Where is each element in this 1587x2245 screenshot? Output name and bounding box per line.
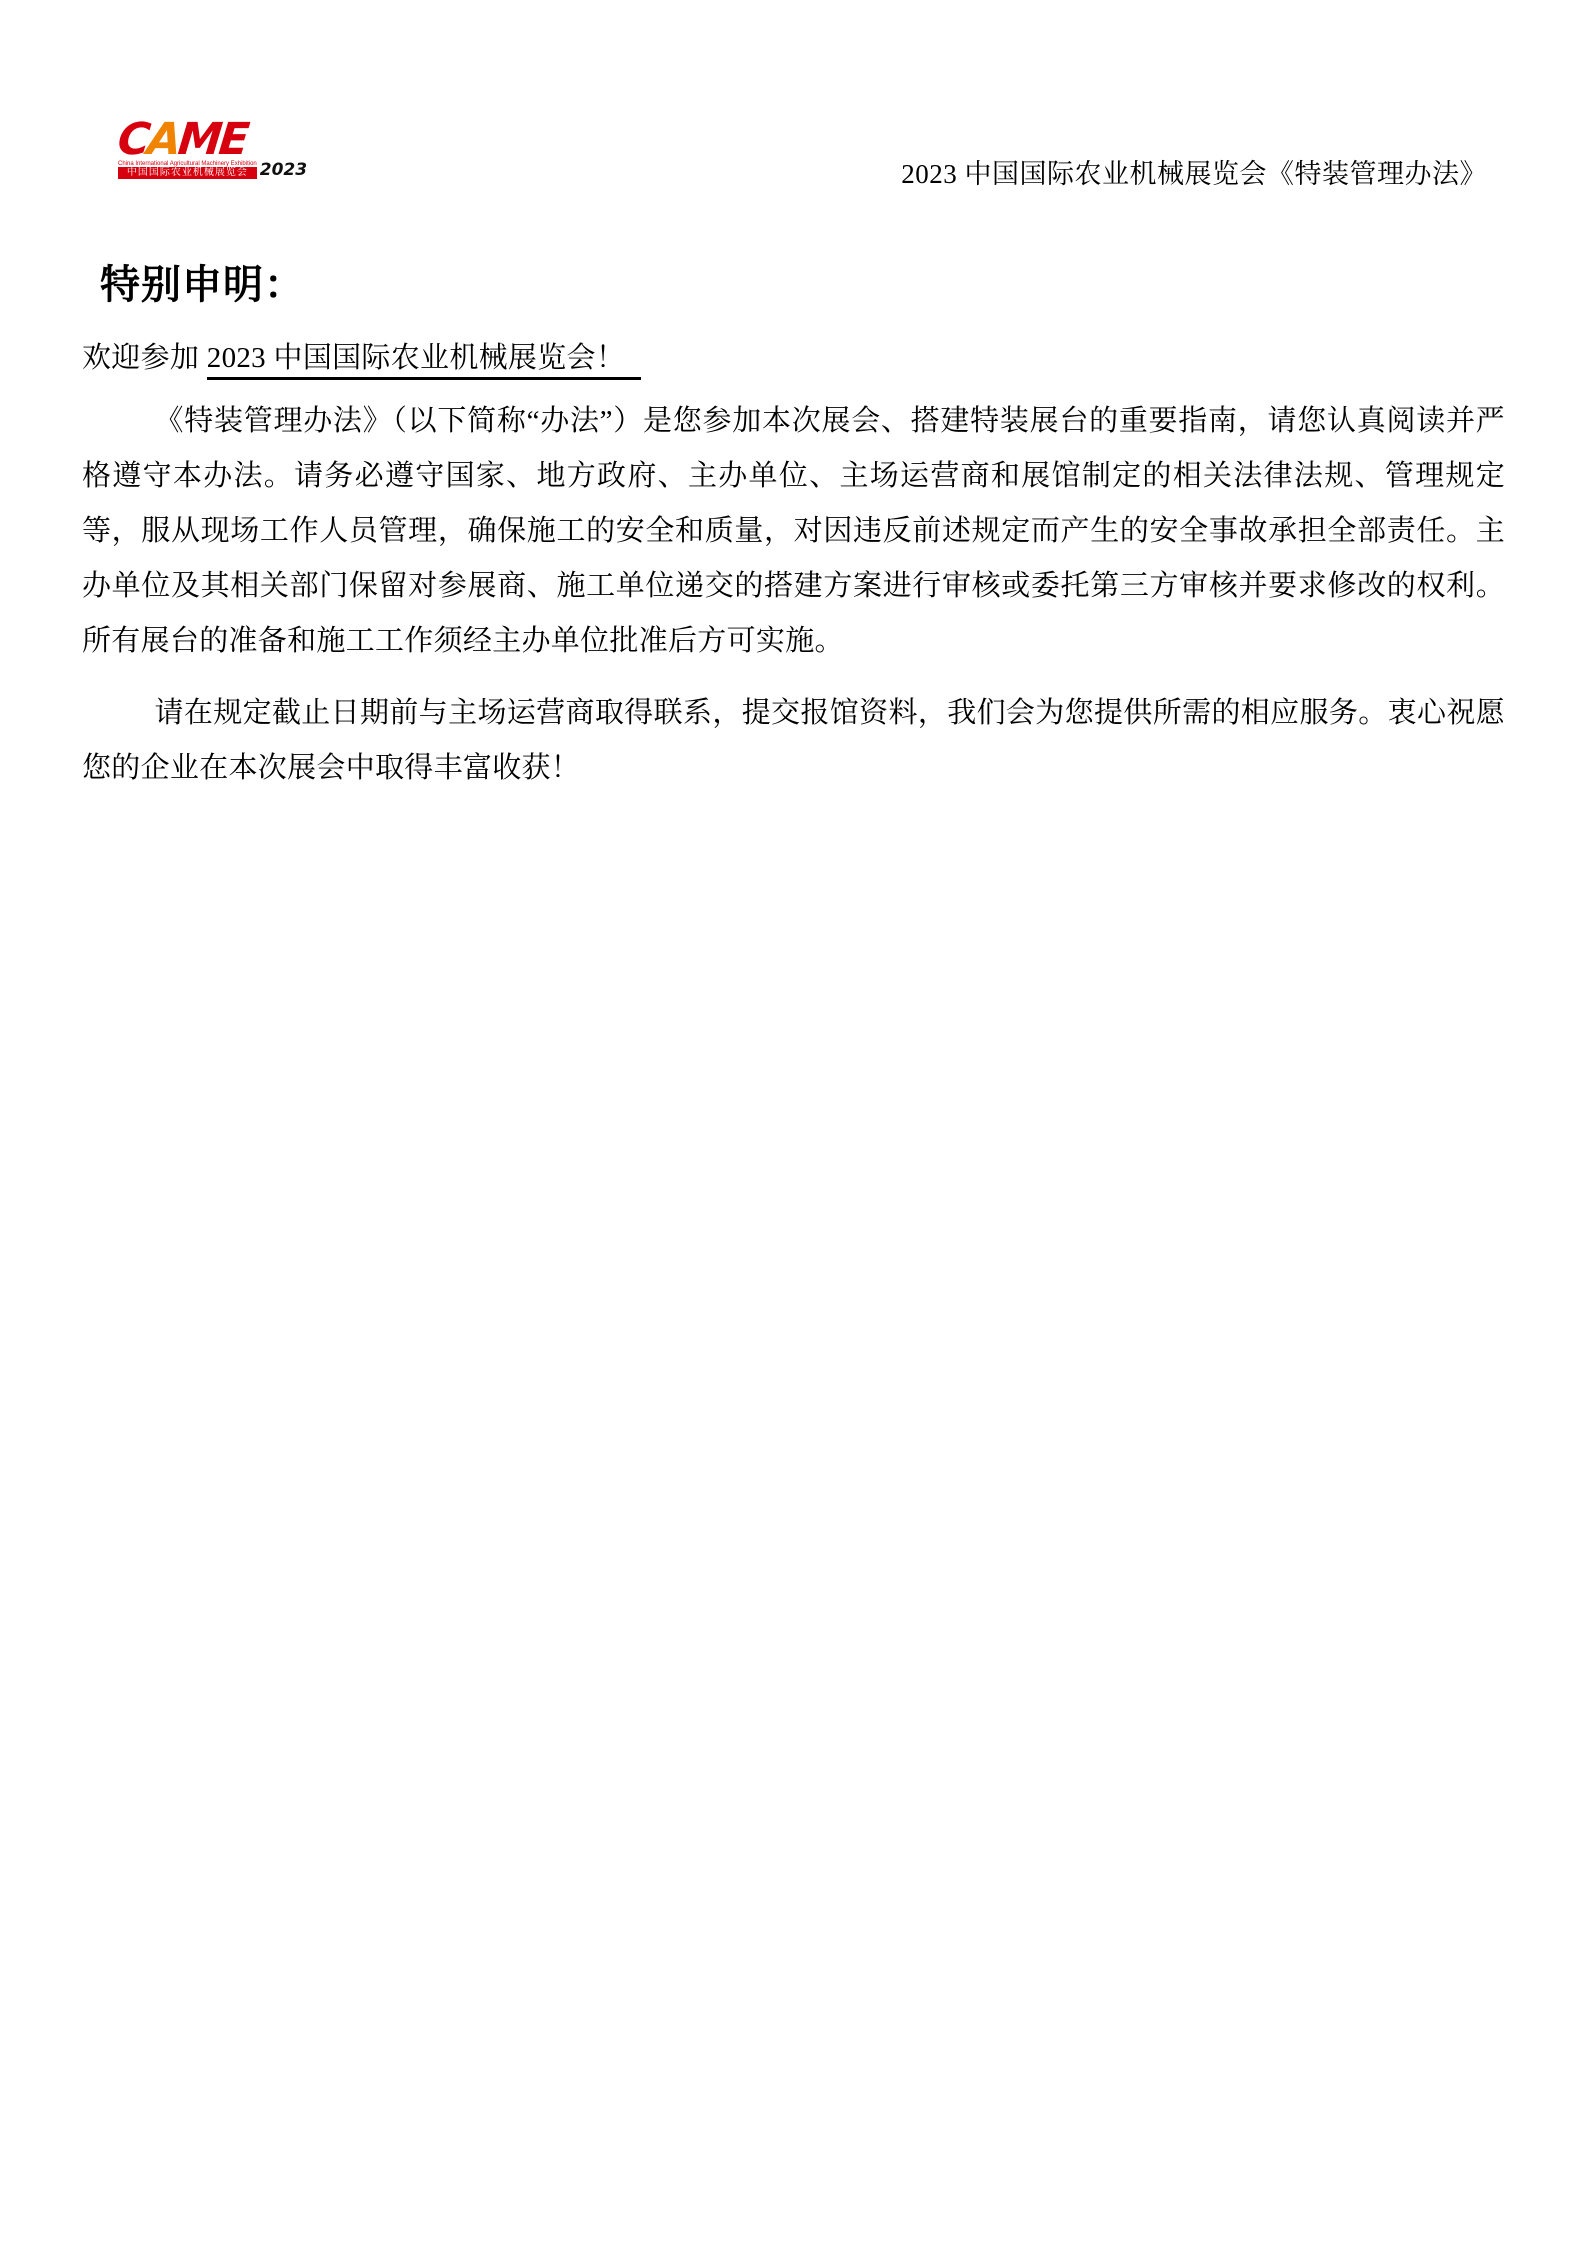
rules-paragraph: 《特装管理办法》（以下简称“办法”）是您参加本次展会、搭建特装展台的重要指南，请… xyxy=(82,394,1505,669)
welcome-underlined-text: 2023 中国国际农业机械展览会！ xyxy=(207,342,641,380)
came-logo-wordmark: CAME xyxy=(116,120,305,160)
closing-paragraph: 请在规定截止日期前与主场运营商取得联系，提交报馆资料，我们会为您提供所需的相应服… xyxy=(82,686,1505,796)
section-heading: 特别申明： xyxy=(100,260,1505,310)
running-header-title: 2023 中国国际农业机械展览会《特装管理办法》 xyxy=(901,158,1487,190)
welcome-paragraph: 欢迎参加 2023 中国国际农业机械展览会！ xyxy=(82,331,1505,386)
logo-year: 2023 xyxy=(260,162,307,179)
logo-letter: M xyxy=(176,114,222,165)
logo-chinese-subtitle: 中国国际农业机械展览会 xyxy=(118,167,257,179)
logo-letter: E xyxy=(217,114,249,165)
welcome-text: 欢迎参加 xyxy=(82,342,207,374)
document-content: 特别申明： 欢迎参加 2023 中国国际农业机械展览会！ 《特装管理办法》（以下… xyxy=(82,260,1505,796)
document-page: CAME China International Agricultural Ma… xyxy=(0,0,1587,2245)
came-logo: CAME China International Agricultural Ma… xyxy=(118,120,303,179)
